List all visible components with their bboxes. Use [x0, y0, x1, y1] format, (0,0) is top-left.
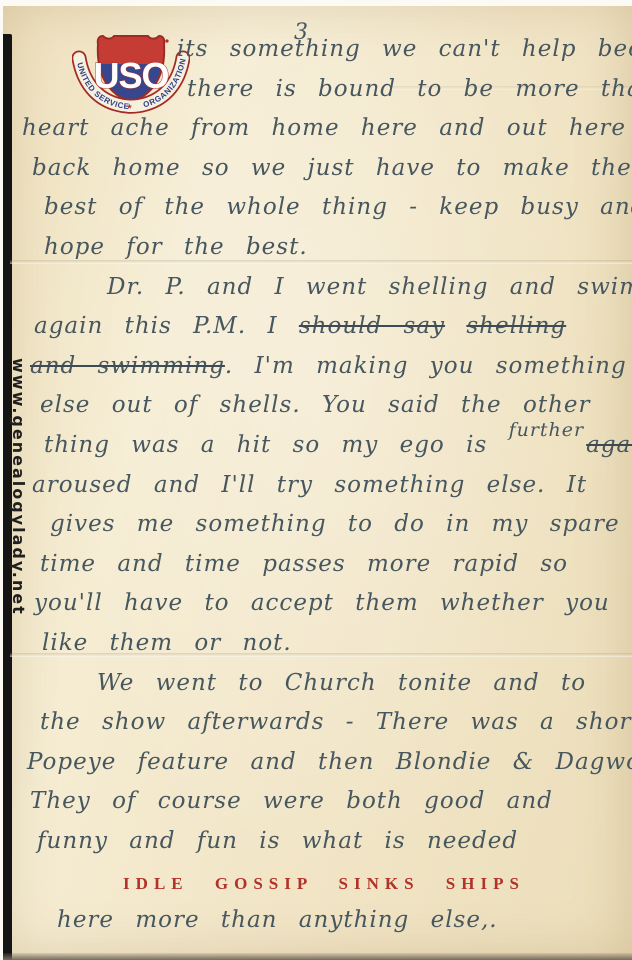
handwritten-text: . I'm making you something — [225, 353, 627, 379]
letter-line: and swimming. I'm making you something — [30, 353, 626, 393]
strikethrough-text: shelling — [466, 313, 566, 339]
letter-line: gives me something to do in my spare — [50, 511, 626, 551]
letter-line: its something we can't help because — [177, 36, 626, 76]
letter-line: like them or not. — [42, 630, 626, 670]
letter-line: funny and fun is what is needed — [37, 828, 626, 868]
handwritten-text: here more than anything else,. — [57, 907, 498, 933]
handwritten-text: the show afterwards - There was a short — [40, 709, 632, 735]
handwritten-text: again this P.M. I — [34, 313, 299, 339]
letter-line: thing was a hit so my ego is furtheragai… — [44, 432, 626, 472]
handwritten-text — [445, 313, 466, 339]
handwritten-text: They of course were both good and — [30, 788, 553, 814]
handwritten-text: best of the whole thing - keep busy and — [44, 194, 632, 220]
handwritten-text: like them or not. — [42, 630, 292, 656]
footer-slogan: IDLE GOSSIP SINKS SHIPS — [22, 867, 626, 907]
handwritten-text: Dr. P. and I went shelling and swimming — [107, 274, 632, 300]
handwritten-text: you'll have to accept them whether you — [34, 590, 610, 616]
letter-line: hope for the best. — [44, 234, 626, 274]
inserted-word: further — [509, 419, 585, 441]
letter-line: They of course were both good and — [30, 788, 626, 828]
letter-line: We went to Church tonite and to — [97, 670, 626, 710]
handwritten-text: hope for the best. — [44, 234, 308, 260]
letter-body: its something we can't help becausethere… — [22, 36, 626, 947]
letter-line: aroused and I'll try something else. It — [32, 472, 626, 512]
letter-line: there is bound to be more than one — [187, 76, 626, 116]
letter-line: Popeye feature and then Blondie & Dagwoo… — [27, 749, 626, 789]
handwritten-text: Popeye feature and then Blondie & Dagwoo… — [27, 749, 632, 775]
handwritten-text: there is bound to be more than one — [187, 76, 632, 102]
letter-line: here more than anything else,. — [57, 907, 626, 947]
scanned-letter-page: USO UNITED SERVICE ORGANIZATIONS ★ 3 www… — [0, 0, 632, 960]
handwritten-text: aroused and I'll try something else. It — [32, 472, 587, 498]
strikethrough-text: should say — [299, 313, 445, 339]
letter-line: Dr. P. and I went shelling and swimming — [107, 274, 626, 314]
strikethrough-text: again — [586, 432, 632, 458]
letter-line: again this P.M. I should say shelling — [34, 313, 626, 353]
scan-edge-bottom — [3, 953, 632, 960]
letter-line: you'll have to accept them whether you — [34, 590, 626, 630]
handwritten-text: We went to Church tonite and to — [97, 670, 586, 696]
handwritten-text: gives me something to do in my spare — [50, 511, 620, 537]
letter-line: best of the whole thing - keep busy and — [44, 194, 626, 234]
handwritten-text: heart ache from home here and out here — [22, 115, 626, 141]
strikethrough-text: and swimming — [30, 353, 225, 379]
scan-edge-top — [0, 0, 632, 6]
letter-line: the show afterwards - There was a short — [40, 709, 626, 749]
handwritten-text: its something we can't help because — [177, 36, 632, 62]
letter-line: heart ache from home here and out here — [22, 115, 626, 155]
handwritten-text: thing was a hit so my ego is — [44, 432, 509, 458]
handwritten-text: back home so we just have to make the — [32, 155, 632, 181]
handwritten-text: time and time passes more rapid so — [40, 551, 568, 577]
handwritten-text: else out of shells. You said the other — [40, 392, 591, 418]
letter-line: back home so we just have to make the — [32, 155, 626, 195]
letter-line: time and time passes more rapid so — [40, 551, 626, 591]
handwritten-text: funny and fun is what is needed — [37, 828, 518, 854]
